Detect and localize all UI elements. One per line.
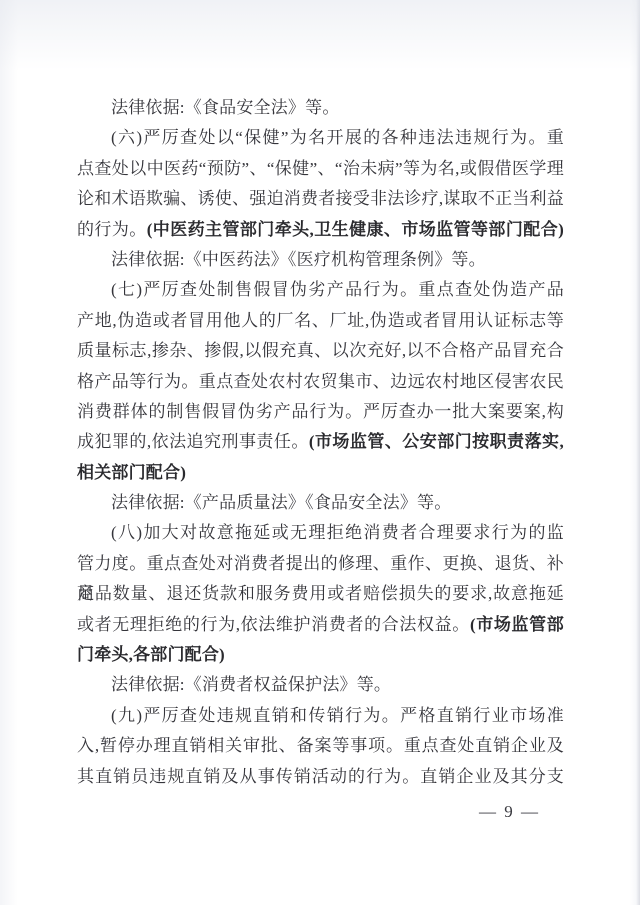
body-text: (六)严厉查处以“保健”为名开展的各种违法违规行为。重 [111,128,564,147]
document-body: 法律依据:《食品安全法》等。(六)严厉查处以“保健”为名开展的各种违法违规行为。… [77,93,564,792]
body-text: 质量标志,掺杂、掺假,以假充真、以次充好,以不合格产品冒充合 [77,341,564,360]
body-text: 其直销员违规直销及从事传销活动的行为。直销企业及其分支 [77,767,564,786]
page-number: — 9 — [479,802,540,822]
text-line: 论和术语欺骗、诱使、强迫消费者接受非法诊疗,谋取不正当利益 [77,184,564,214]
body-text: 消费群体的制售假冒伪劣产品行为。严厉查办一批大案要案,构 [77,402,564,421]
body-text: 格产品等行为。重点查处农村农贸集市、边远农村地区侵害农民 [77,372,564,391]
body-text: 点查处以中医药“预防”、“保健”、“治未病”等为名,或假借医学理 [77,159,564,178]
text-line: 法律依据:《消费者权益保护法》等。 [77,670,564,700]
text-line: (九)严厉查处违规直销和传销行为。严格直销行业市场准 [77,701,564,731]
body-text: 论和术语欺骗、诱使、强迫消费者接受非法诊疗,谋取不正当利益 [77,189,564,208]
body-text: 法律依据:《食品安全法》等。 [111,98,340,117]
body-text: (七)严厉查处制售假冒伪劣产品行为。重点查处伪造产品 [111,280,564,299]
body-text: 产地,伪造或者冒用他人的厂名、厂址,伪造或者冒用认证标志等 [77,311,564,330]
department-attribution: (市场监管部 [470,615,564,634]
text-line: 法律依据:《产品质量法》《食品安全法》等。 [77,488,564,518]
body-text: 法律依据:《中医药法》《医疗机构管理条例》等。 [111,250,486,269]
text-line: 管力度。重点查处对消费者提出的修理、重作、更换、退货、补足 [77,549,564,579]
text-line: 消费群体的制售假冒伪劣产品行为。严厉查办一批大案要案,构 [77,397,564,427]
text-line: 产地,伪造或者冒用他人的厂名、厂址,伪造或者冒用认证标志等 [77,306,564,336]
text-line: 点查处以中医药“预防”、“保健”、“治未病”等为名,或假借医学理 [77,154,564,184]
body-text: 的行为。 [77,220,147,239]
text-line: 的行为。(中医药主管部门牵头,卫生健康、市场监管等部门配合) [77,215,564,245]
text-line: 入,暂停办理直销相关审批、备案等事项。重点查处直销企业及 [77,731,564,761]
text-line: 质量标志,掺杂、掺假,以假充真、以次充好,以不合格产品冒充合 [77,336,564,366]
body-text: 法律依据:《消费者权益保护法》等。 [111,675,391,694]
text-line: 法律依据:《中医药法》《医疗机构管理条例》等。 [77,245,564,275]
text-line: (八)加大对故意拖延或无理拒绝消费者合理要求行为的监 [77,518,564,548]
text-line: (七)严厉查处制售假冒伪劣产品行为。重点查处伪造产品 [77,275,564,305]
text-line: (六)严厉查处以“保健”为名开展的各种违法违规行为。重 [77,123,564,153]
text-line: 商品数量、退还货款和服务费用或者赔偿损失的要求,故意拖延 [77,579,564,609]
text-line: 或者无理拒绝的行为,依法维护消费者的合法权益。(市场监管部 [77,610,564,640]
text-line: 格产品等行为。重点查处农村农贸集市、边远农村地区侵害农民 [77,367,564,397]
text-line: 门牵头,各部门配合) [77,640,564,670]
department-attribution: 相关部门配合) [77,463,186,482]
department-attribution: 门牵头,各部门配合) [77,645,225,664]
body-text: 商品数量、退还货款和服务费用或者赔偿损失的要求,故意拖延 [77,584,564,603]
text-line: 成犯罪的,依法追究刑事责任。(市场监管、公安部门按职责落实, [77,427,564,457]
text-line: 法律依据:《食品安全法》等。 [77,93,564,123]
body-text: 或者无理拒绝的行为,依法维护消费者的合法权益。 [77,615,470,634]
body-text: 入,暂停办理直销相关审批、备案等事项。重点查处直销企业及 [77,736,564,755]
body-text: 法律依据:《产品质量法》《食品安全法》等。 [111,493,451,512]
text-line: 其直销员违规直销及从事传销活动的行为。直销企业及其分支 [77,762,564,792]
text-line: 相关部门配合) [77,458,564,488]
document-page: 法律依据:《食品安全法》等。(六)严厉查处以“保健”为名开展的各种违法违规行为。… [0,0,640,905]
department-attribution: (市场监管、公安部门按职责落实, [309,432,564,451]
body-text: (八)加大对故意拖延或无理拒绝消费者合理要求行为的监 [111,523,564,542]
body-text: 成犯罪的,依法追究刑事责任。 [77,432,309,451]
body-text: (九)严厉查处违规直销和传销行为。严格直销行业市场准 [111,706,564,725]
department-attribution: (中医药主管部门牵头,卫生健康、市场监管等部门配合) [147,220,564,239]
